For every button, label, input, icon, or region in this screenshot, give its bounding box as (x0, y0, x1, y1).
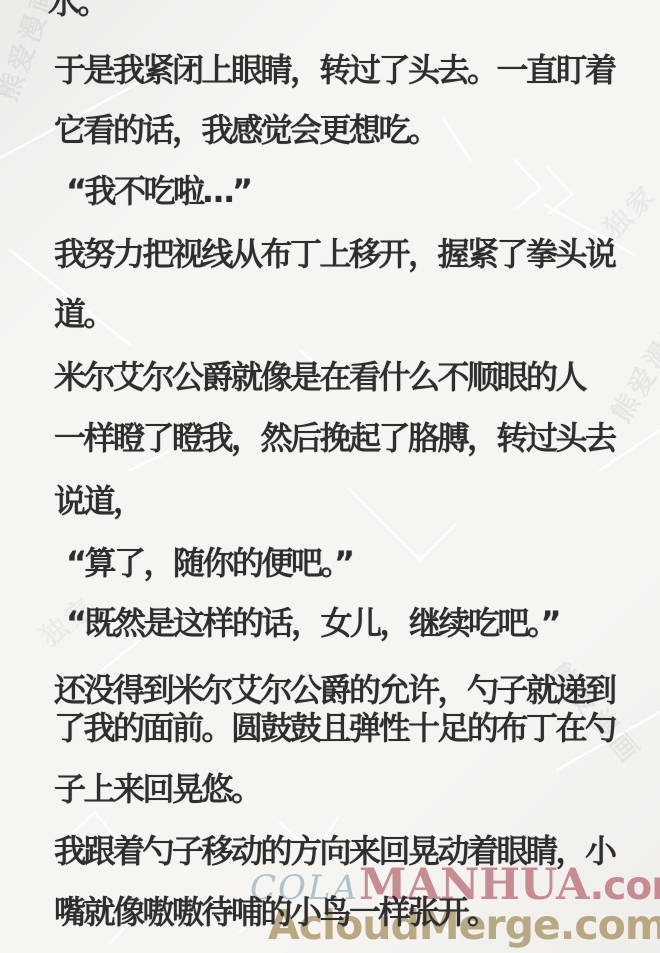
novel-text-line: 嘴就像嗷嗷待哺的小鸟一样张开。 (54, 896, 497, 928)
novel-text-line: 我跟着勺子移动的方向来回晃动着眼睛，小 (54, 835, 615, 867)
novel-text-line: 于是我紧闭上眼睛，转过了头去。一直盯着 (54, 54, 615, 86)
novel-text-line: 它看的话，我感觉会更想吃。 (54, 114, 438, 146)
novel-text-line: 米尔艾尔公爵就像是在看什么不顺眼的人 (54, 361, 585, 393)
novel-text-line: 道。 (54, 298, 113, 330)
novel-text-line: “我不吃啦…” (66, 175, 251, 207)
novel-text-line: 一样瞪了瞪我，然后挽起了胳膊，转过头去 (54, 422, 615, 454)
novel-text-line: 还没得到米尔艾尔公爵的允许，勺子就递到 (54, 674, 615, 706)
novel-text-line: “算了，随你的便吧。” (66, 547, 353, 579)
novel-text-line: “既然是这样的话，女儿，继续吃吧。” (66, 607, 559, 639)
novel-text-line: 子上来回晃悠。 (54, 773, 261, 805)
novel-reader-page: 熊爱漫画独家 熊爱漫画独家 熊爱漫画 独家 独家 COLA MANHUA .co… (0, 0, 660, 953)
novel-text-line: 了我的面前。圆鼓鼓且弹性十足的布丁在勺 (54, 712, 615, 744)
novel-text-line: 水。 (48, 0, 107, 18)
novel-text-line: 我努力把视线从布丁上移开，握紧了拳头说 (54, 238, 615, 270)
novel-text-block: 水。 于是我紧闭上眼睛，转过了头去。一直盯着 它看的话，我感觉会更想吃。 “我不… (0, 0, 660, 953)
novel-text-line: 说道， (54, 485, 143, 517)
